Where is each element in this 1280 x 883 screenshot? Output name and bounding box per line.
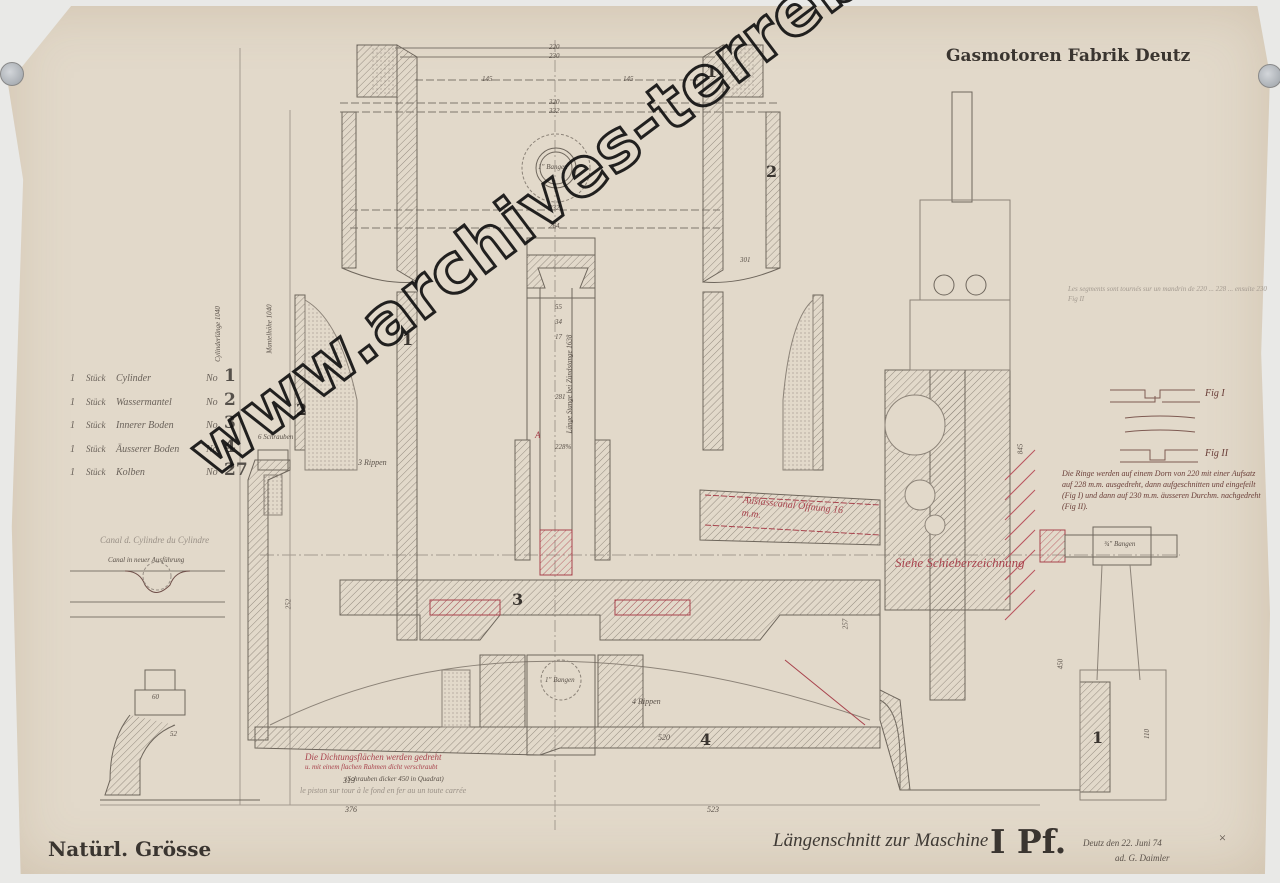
dim-376: 376 bbox=[345, 805, 357, 814]
mantel-length-label: Mantelhöhe 1040 bbox=[266, 304, 274, 353]
signature-name: ad. G. Daimler bbox=[1115, 853, 1170, 863]
dim-145-left: 145 bbox=[482, 75, 493, 83]
part-name: Cylinder bbox=[116, 373, 206, 384]
part-unit: Stück bbox=[86, 373, 116, 383]
part-qty: 1 bbox=[70, 420, 86, 431]
drawing-title: Längenschnitt zur Maschine bbox=[773, 830, 988, 852]
sealing-note-1: Die Dichtungsflächen werden gedreht bbox=[305, 752, 442, 762]
part-name: Kolben bbox=[116, 467, 206, 478]
dim-60: 60 bbox=[152, 693, 159, 701]
part-unit: Stück bbox=[86, 420, 116, 430]
ring-machining-note: Die Ringe werden auf einem Dorn von 220 … bbox=[1062, 468, 1267, 512]
dim-55: 55 bbox=[555, 303, 562, 311]
dim-845: 845 bbox=[1016, 444, 1024, 455]
bung-label-right: ¾" Bangen bbox=[1104, 540, 1135, 548]
part-qty: 1 bbox=[70, 373, 86, 384]
dim-228: 228% bbox=[555, 443, 571, 451]
fig-1-label: Fig I bbox=[1205, 388, 1225, 399]
dim-145-right: 145 bbox=[623, 75, 634, 83]
dim-301: 301 bbox=[740, 256, 751, 264]
dim-52: 52 bbox=[170, 730, 177, 738]
part-qty: 1 bbox=[70, 397, 86, 408]
see-slide-drawing-note: Siehe Schieberzeichnung bbox=[895, 555, 1025, 571]
pencil-note-bottom: le piston sur tour à le fond en fer au u… bbox=[300, 786, 466, 795]
dim-520: 520 bbox=[658, 733, 670, 742]
scale-label: Natürl. Grösse bbox=[48, 837, 211, 861]
sealing-note-2: u. mit einem flachen Rahmen dicht versch… bbox=[305, 763, 437, 771]
bung-label-bottom: 1" Bangen bbox=[545, 676, 575, 684]
part-qty: 1 bbox=[70, 444, 86, 455]
pencil-note-right: Les segments sont tournés sur un mandrin… bbox=[1068, 284, 1268, 304]
dim-252: 252 bbox=[284, 599, 292, 610]
part-nr-label: No bbox=[206, 373, 224, 384]
canal-pencil-note: Canal d. Cylindre du Cylindre bbox=[100, 535, 209, 545]
fig-2-label: Fig II bbox=[1205, 448, 1228, 459]
callout-part-1-right: 1 bbox=[1092, 728, 1103, 747]
canal-detail-label: Canal in neuer Ausführung bbox=[108, 556, 184, 564]
dim-230: 230 bbox=[549, 52, 560, 60]
dim-332: 332 bbox=[549, 107, 560, 115]
part-number: 1 bbox=[224, 366, 236, 386]
dim-450: 450 bbox=[1056, 659, 1064, 670]
dim-110: 110 bbox=[1143, 729, 1151, 739]
dim-17: 17 bbox=[555, 333, 562, 341]
engine-model: I Pf. bbox=[990, 822, 1066, 861]
part-unit: Stück bbox=[86, 467, 116, 477]
ribs-3-label: 3 Rippen bbox=[358, 458, 387, 467]
dim-34: 34 bbox=[555, 318, 562, 326]
section-mark-a: A bbox=[535, 430, 541, 440]
cylinder-length-label: Cylinderlänge 1040 bbox=[214, 306, 222, 362]
dim-257: 257 bbox=[841, 619, 849, 630]
signature-date: Deutz den 22. Juni 74 bbox=[1083, 838, 1162, 848]
parts-list-row: 1 Stück Cylinder No 1 bbox=[70, 366, 248, 390]
part-qty: 1 bbox=[70, 467, 86, 478]
dim-320: 320 bbox=[549, 98, 560, 106]
part-unit: Stück bbox=[86, 444, 116, 454]
dim-523: 523 bbox=[707, 805, 719, 814]
bolts-note: (Schrauben dicker 450 in Quadrat) bbox=[345, 775, 444, 783]
callout-part-2-right: 2 bbox=[766, 162, 777, 181]
dim-281: 281 bbox=[555, 393, 566, 401]
part-unit: Stück bbox=[86, 397, 116, 407]
company-name: Gasmotoren Fabrik Deutz bbox=[946, 46, 1190, 66]
dim-313: 313 bbox=[343, 776, 355, 785]
part-name: Wassermantel bbox=[116, 397, 206, 408]
ribs-4-label: 4 Rippen bbox=[632, 697, 661, 706]
rod-length-note: Länge Stange bei Zündstange 1638 bbox=[565, 335, 573, 434]
callout-part-3: 3 bbox=[512, 590, 523, 609]
callout-part-4: 4 bbox=[700, 730, 711, 749]
dim-220: 220 bbox=[549, 43, 560, 51]
corner-mark: × bbox=[1218, 830, 1227, 846]
